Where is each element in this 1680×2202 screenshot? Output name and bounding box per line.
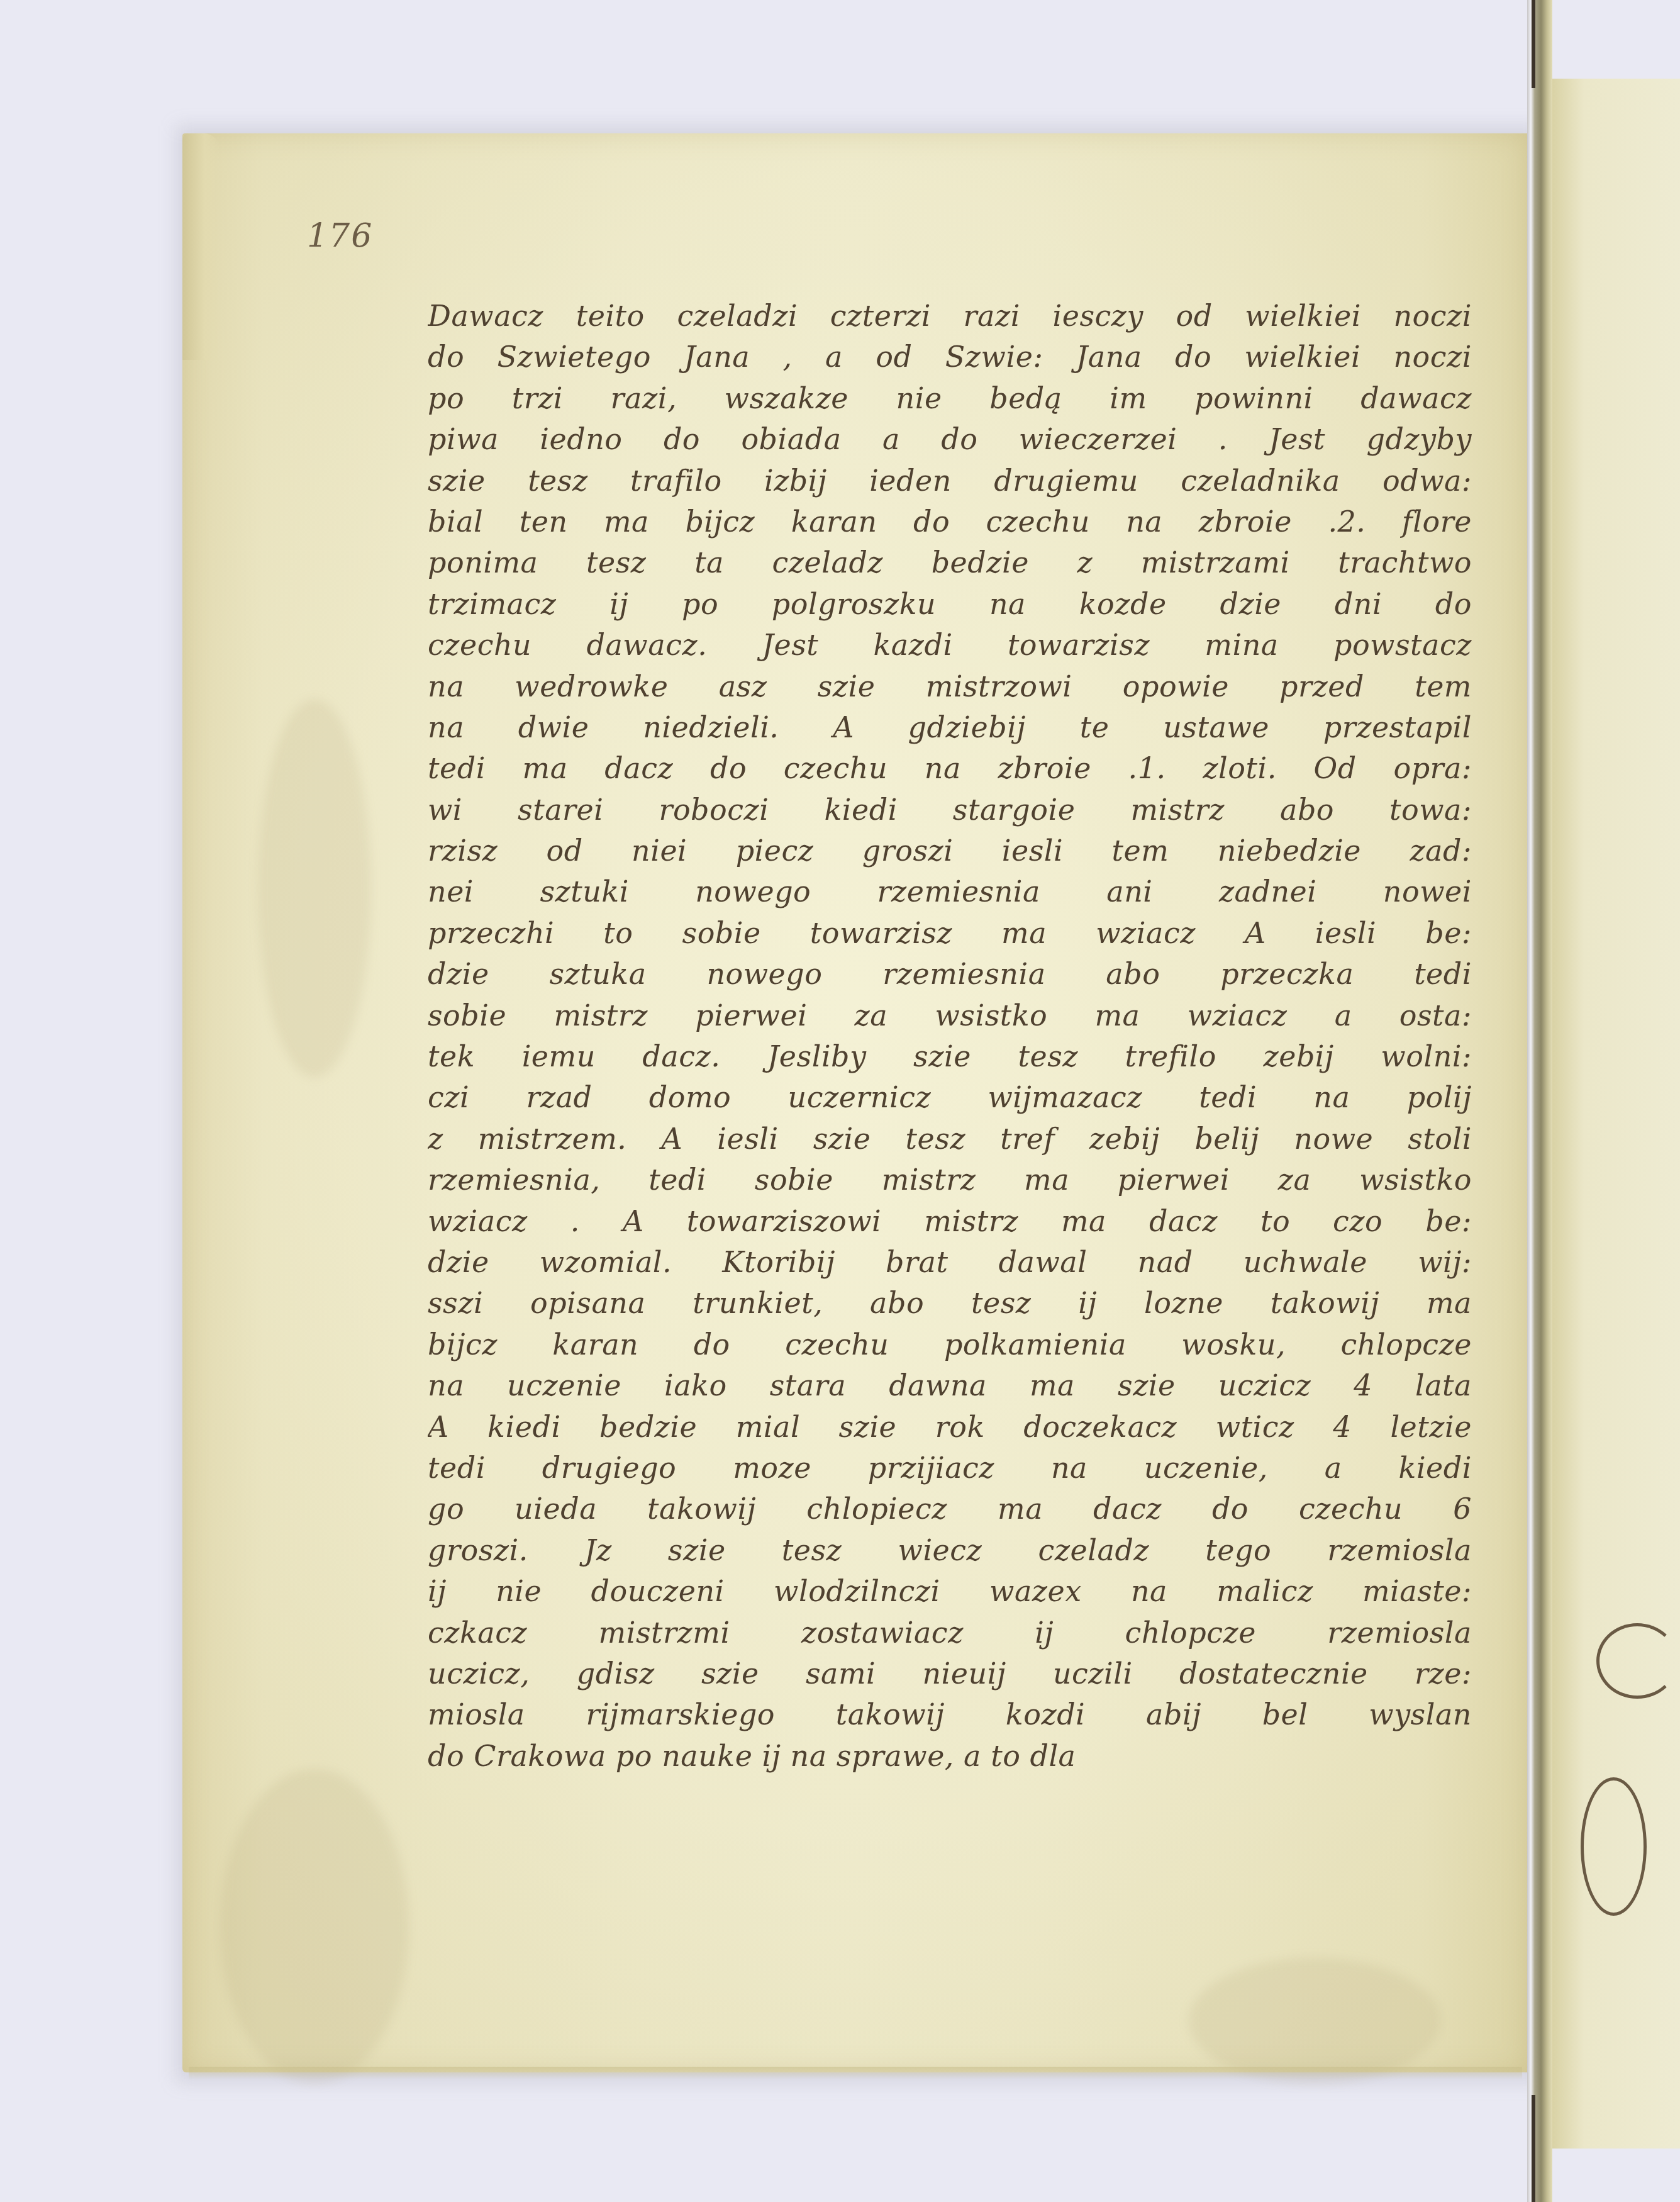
manuscript-line: po trzi razi, wszakze nie bedą im powinn… [428,378,1472,419]
facing-page [1552,79,1680,2149]
page-corner-curl [182,133,220,360]
manuscript-line: bijcz karan do czechu polkamienia wosku,… [428,1324,1472,1365]
manuscript-line: groszi. Jz szie tesz wiecz czeladz tego … [428,1530,1472,1571]
manuscript-line: na dwie niedzieli. A gdziebij te ustawe … [428,707,1472,748]
manuscript-line: go uieda takowij chlopiecz ma dacz do cz… [428,1489,1472,1529]
manuscript-line: A kiedi bedzie mial szie rok doczekacz w… [428,1407,1472,1448]
manuscript-line: bial ten ma bijcz karan do czechu na zbr… [428,501,1472,542]
manuscript-line: czkacz mistrzmi zostawiacz ij chlopcze r… [428,1612,1472,1653]
folio-number: 176 [307,217,373,255]
manuscript-line: rzemiesnia, tedi sobie mistrz ma pierwei… [428,1160,1472,1200]
loop-flourish-upper [1596,1623,1678,1699]
manuscript-line: nei sztuki nowego rzemiesnia ani zadnei … [428,871,1472,912]
manuscript-line: do Szwietego Jana , a od Szwie: Jana do … [428,337,1472,377]
manuscript-line: szie tesz trafilo izbij ieden drugiemu c… [428,461,1472,501]
manuscript-line: tedi ma dacz do czechu na zbroie .1. zlo… [428,748,1472,789]
manuscript-line: ij nie douczeni wlodzilnczi wazex na mal… [428,1571,1472,1612]
binding-rod-top [1532,0,1535,88]
manuscript-line: tek iemu dacz. Jesliby szie tesz trefilo… [428,1036,1472,1077]
manuscript-line: trzimacz ij po polgroszku na kozde dzie … [428,584,1472,625]
manuscript-line: na wedrowke asz szie mistrzowi opowie pr… [428,666,1472,707]
manuscript-line: sobie mistrz pierwei za wsistko ma wziac… [428,995,1472,1036]
manuscript-line: uczicz, gdisz szie sami nieuij uczili do… [428,1653,1472,1694]
manuscript-line: czi rzad domo uczernicz wijmazacz tedi n… [428,1077,1472,1118]
manuscript-line: sszi opisana trunkiet, abo tesz ij lozne… [428,1283,1472,1324]
manuscript-line: z mistrzem. A iesli szie tesz tref zebij… [428,1119,1472,1160]
stain [220,1769,409,2084]
binding-rod-bottom [1532,2095,1535,2202]
stain [1189,1958,1440,2084]
stain [258,700,371,1077]
manuscript-line: piwa iedno do obiada a do wieczerzei . J… [428,419,1472,460]
manuscript-line: przeczhi to sobie towarzisz ma wziacz A … [428,913,1472,954]
manuscript-line: dzie wzomial. Ktoribij brat dawal nad uc… [428,1242,1472,1283]
manuscript-line: czechu dawacz. Jest kazdi towarzisz mina… [428,625,1472,666]
manuscript-line: na uczenie iako stara dawna ma szie uczi… [428,1365,1472,1406]
manuscript-text-block: Dawacz teito czeladzi czterzi razi iescz… [428,296,1472,1777]
manuscript-line: Dawacz teito czeladzi czterzi razi iescz… [428,296,1472,337]
manuscript-line: do Crakowa po nauke ij na sprawe, a to d… [428,1736,1472,1777]
binding-gutter [1527,0,1552,2202]
manuscript-line: dzie sztuka nowego rzemiesnia abo przecz… [428,954,1472,995]
loop-flourish-lower [1581,1777,1647,1916]
manuscript-line: wziacz . A towarziszowi mistrz ma dacz t… [428,1201,1472,1242]
manuscript-line: rzisz od niei piecz groszi iesli tem nie… [428,830,1472,871]
manuscript-line: tedi drugiego moze przijiacz na uczenie,… [428,1448,1472,1489]
manuscript-line: miosla rijmarskiego takowij kozdi abij b… [428,1694,1472,1735]
manuscript-line: wi starei roboczi kiedi stargoie mistrz … [428,790,1472,830]
manuscript-line: ponima tesz ta czeladz bedzie z mistrzam… [428,542,1472,583]
page-bottom-edge [189,2067,1522,2079]
